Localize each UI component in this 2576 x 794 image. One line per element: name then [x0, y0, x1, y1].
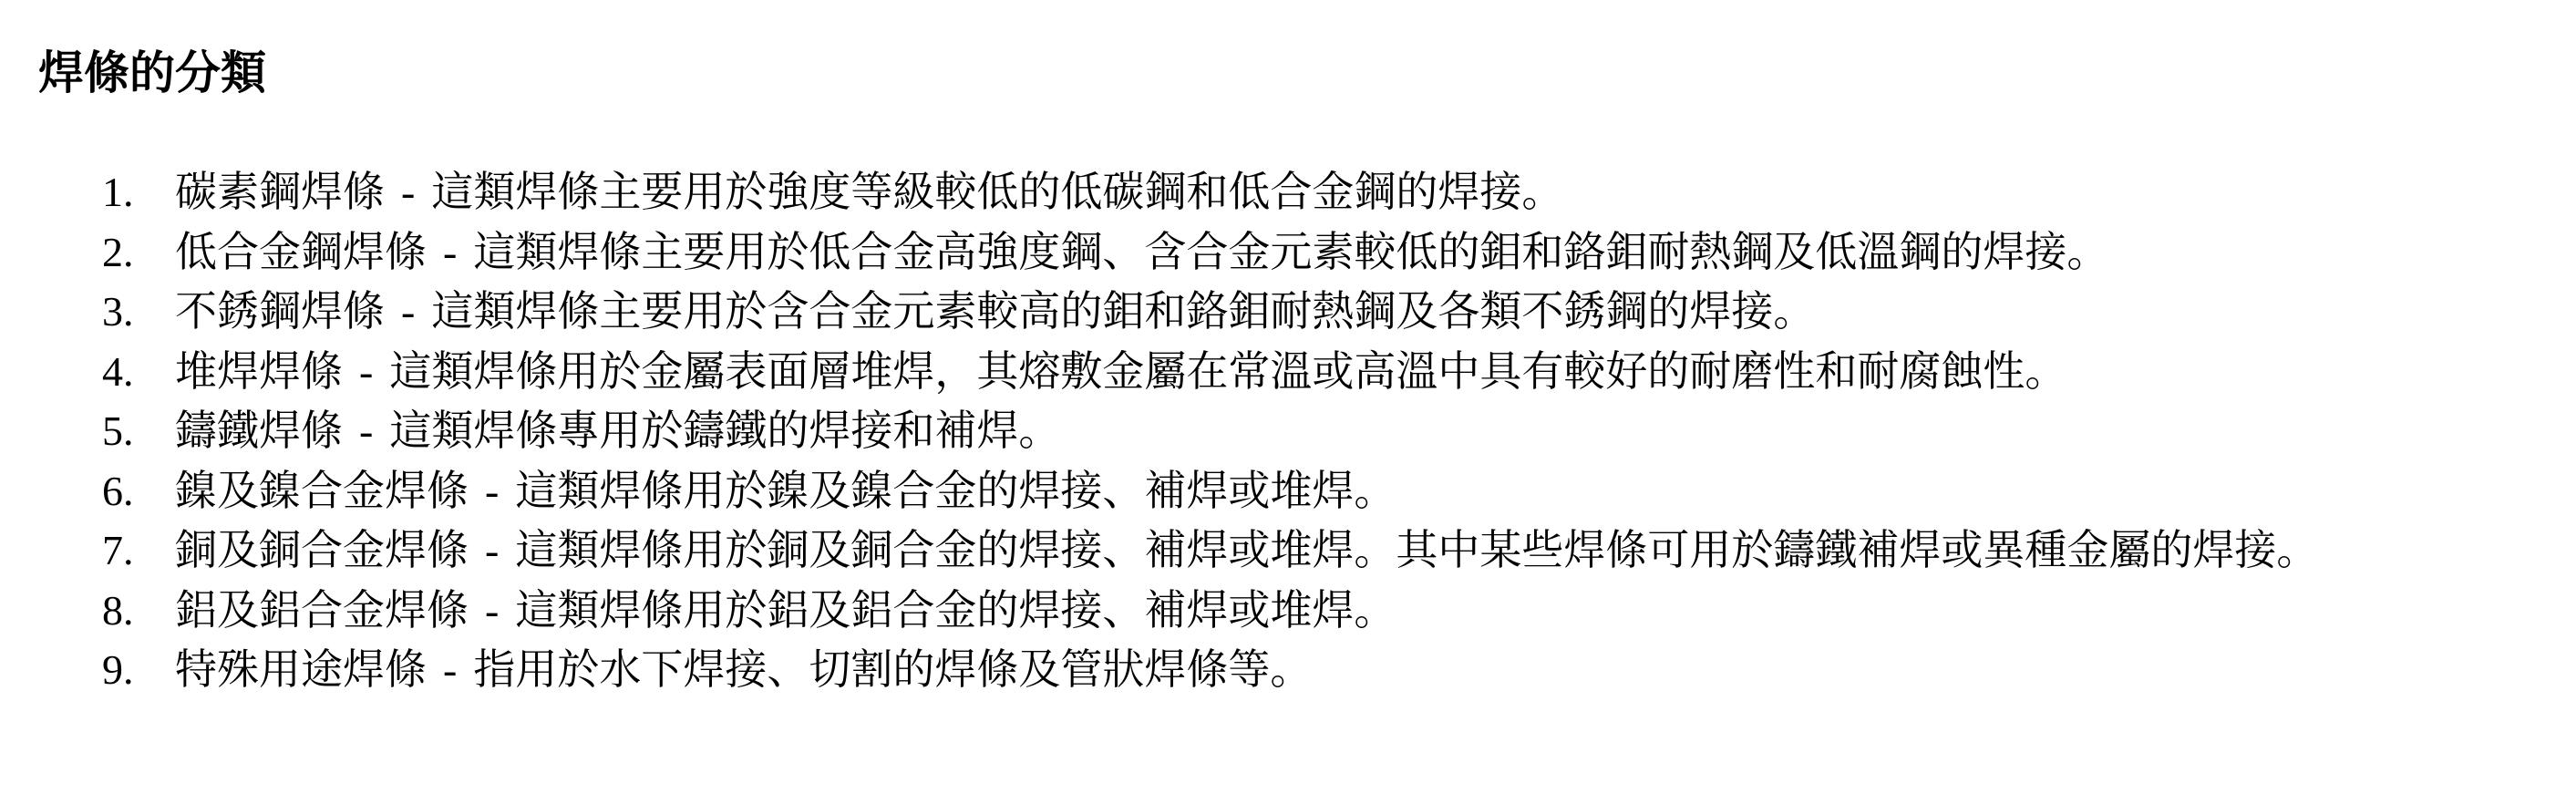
list-item-number: 9.: [102, 640, 157, 700]
list-item-description: 這類焊條用於鋁及鋁合金的焊接、補焊或堆焊。: [515, 587, 1396, 634]
list-item-description: 這類焊條用於銅及銅合金的焊接、補焊或堆焊。其中某些焊條可用於鑄鐵補焊或異種金屬的…: [515, 527, 2318, 573]
document-page: 焊條的分類 1. 碳素鋼焊條-這類焊條主要用於強度等級較低的低碳鋼和低合金鋼的焊…: [0, 0, 2576, 794]
list-item-separator: -: [385, 162, 431, 222]
list-item-name: 鋁及鋁合金焊條: [175, 587, 469, 634]
list-item-separator: -: [385, 282, 431, 342]
list-item-name: 低合金鋼焊條: [175, 229, 427, 275]
list-item-description: 指用於水下焊接、切割的焊條及管狀焊條等。: [473, 646, 1312, 693]
list-item-number: 8.: [102, 581, 157, 641]
list-item-text: 不銹鋼焊條-這類焊條主要用於含合金元素較高的鉬和鉻鉬耐熱鋼及各類不銹鋼的焊接。: [175, 282, 1815, 342]
list-item-text: 鋁及鋁合金焊條-這類焊條用於鋁及鋁合金的焊接、補焊或堆焊。: [175, 581, 1396, 641]
list-item-description: 這類焊條專用於鑄鐵的焊接和補焊。: [389, 407, 1060, 454]
list-item-name: 銅及銅合金焊條: [175, 527, 469, 573]
list-item-description: 這類焊條主要用於含合金元素較高的鉬和鉻鉬耐熱鋼及各類不銹鋼的焊接。: [431, 288, 1815, 335]
list-item-name: 不銹鋼焊條: [175, 288, 385, 335]
list-item-separator: -: [469, 581, 515, 641]
list-item-text: 鎳及鎳合金焊條-這類焊條用於鎳及鎳合金的焊接、補焊或堆焊。: [175, 461, 1396, 521]
list-item-name: 碳素鋼焊條: [175, 169, 385, 215]
page-title: 焊條的分類: [38, 40, 266, 106]
list-item-description: 這類焊條主要用於強度等級較低的低碳鋼和低合金鋼的焊接。: [431, 169, 1563, 215]
list-item-number: 5.: [102, 401, 157, 461]
list-item-name: 堆焊焊條: [175, 348, 343, 395]
list-item-number: 4.: [102, 342, 157, 402]
list-item-separator: -: [427, 640, 473, 700]
list-item-description: 這類焊條用於鎳及鎳合金的焊接、補焊或堆焊。: [515, 468, 1396, 514]
list-item-text: 堆焊焊條-這類焊條用於金屬表面層堆焊，其熔敷金屬在常溫或高溫中具有較好的耐磨性和…: [175, 342, 2066, 402]
list-item-text: 低合金鋼焊條-這類焊條主要用於低合金高強度鋼、含合金元素較低的鉬和鉻鉬耐熱鋼及低…: [175, 222, 2108, 283]
list-item-separator: -: [343, 342, 389, 402]
list-item-number: 7.: [102, 521, 157, 581]
list-item-name: 鑄鐵焊條: [175, 407, 343, 454]
list-item-text: 特殊用途焊條-指用於水下焊接、切割的焊條及管狀焊條等。: [175, 640, 1312, 700]
list-item-name: 特殊用途焊條: [175, 646, 427, 693]
list-item-separator: -: [343, 401, 389, 461]
list-item-text: 碳素鋼焊條-這類焊條主要用於強度等級較低的低碳鋼和低合金鋼的焊接。: [175, 162, 1563, 222]
list-item-number: 6.: [102, 461, 157, 521]
list-item-number: 3.: [102, 282, 157, 342]
list-item-description: 這類焊條用於金屬表面層堆焊，其熔敷金屬在常溫或高溫中具有較好的耐磨性和耐腐蝕性。: [389, 348, 2066, 395]
list-item-name: 鎳及鎳合金焊條: [175, 468, 469, 514]
list-item-separator: -: [469, 461, 515, 521]
list-item-separator: -: [427, 222, 473, 283]
list-item-text: 鑄鐵焊條-這類焊條專用於鑄鐵的焊接和補焊。: [175, 401, 1060, 461]
list-item-number: 1.: [102, 162, 157, 222]
list-item-separator: -: [469, 521, 515, 581]
list-item-number: 2.: [102, 222, 157, 283]
list-item-text: 銅及銅合金焊條-這類焊條用於銅及銅合金的焊接、補焊或堆焊。其中某些焊條可用於鑄鐵…: [175, 521, 2318, 581]
list-item-description: 這類焊條主要用於低合金高強度鋼、含合金元素較低的鉬和鉻鉬耐熱鋼及低溫鋼的焊接。: [473, 229, 2108, 275]
